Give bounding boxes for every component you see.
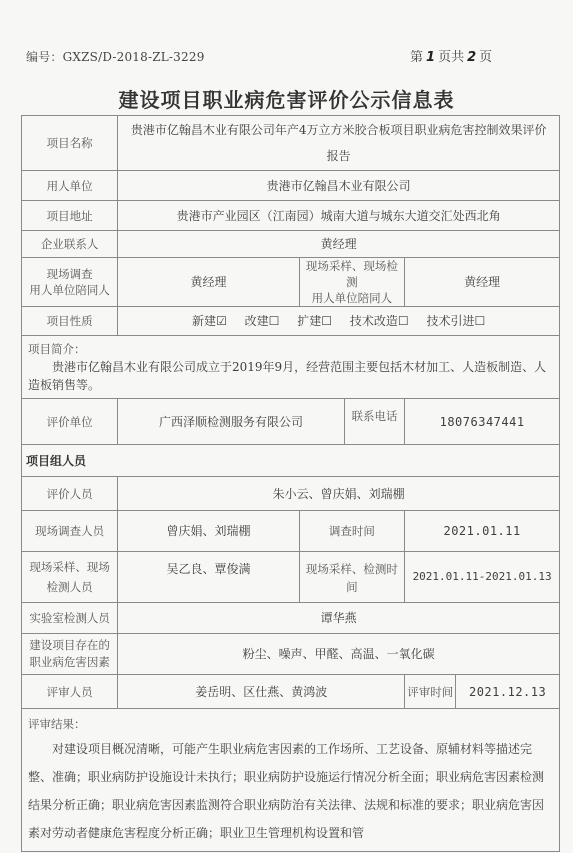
- survey-staff-value: 曾庆娟、刘瑞棚: [118, 511, 299, 552]
- page-suffix: 页: [479, 50, 492, 65]
- reviewers-value: 姜岳明、区仕燕、黄鸿波: [118, 675, 405, 709]
- intro-text: 贵港市亿翰昌木业有限公司成立于2019年9月，经营范围主要包括木材加工、人造板制…: [28, 358, 553, 394]
- row-lab-staff: 实验室检测人员 谭华燕: [22, 603, 560, 634]
- survey-escort-label: 现场调查 用人单位陪同人: [22, 258, 118, 307]
- employer-value: 贵港市亿翰昌木业有限公司: [118, 171, 560, 201]
- page-prefix: 第: [410, 50, 423, 65]
- survey-staff-label: 现场调查人员: [22, 511, 118, 552]
- survey-escort-label-line1: 现场调查: [26, 266, 113, 282]
- document-code: 编号：GXZS/D-2018-ZL-3229: [26, 48, 205, 65]
- checkbox-icon[interactable]: ☐: [269, 314, 280, 328]
- option-tech-import[interactable]: 技术引进☐: [426, 312, 485, 330]
- page-number: 第1页共2页: [410, 46, 492, 65]
- row-nature: 项目性质 新建☑ 改建☐ 扩建☐ 技术改造☐ 技术引进☐: [22, 307, 560, 336]
- eval-staff-value: 朱小云、曾庆娟、刘瑞棚: [118, 477, 560, 511]
- review-result-text: 对建设项目概况清晰，可能产生职业病危害因素的工作场所、工艺设备、原辅材料等描述完…: [28, 735, 553, 847]
- row-team-header: 项目组人员: [22, 445, 560, 477]
- checkbox-checked-icon[interactable]: ☑: [216, 314, 227, 328]
- row-review-result: 评审结果： 对建设项目概况清晰，可能产生职业病危害因素的工作场所、工艺设备、原辅…: [22, 709, 560, 852]
- sampling-escort-label-line2: 用人单位陪同人: [304, 290, 401, 306]
- sampling-escort-label: 现场采样、现场检测 用人单位陪同人: [299, 258, 405, 307]
- option-rebuild[interactable]: 改建☐: [245, 312, 280, 330]
- evaluator-value: 广西泽顺检测服务有限公司: [118, 399, 344, 445]
- checkbox-icon[interactable]: ☐: [398, 314, 409, 328]
- row-survey-escort: 现场调查 用人单位陪同人 黄经理 现场采样、现场检测 用人单位陪同人 黄经理: [22, 258, 560, 307]
- checkbox-icon[interactable]: ☐: [321, 314, 332, 328]
- employer-label: 用人单位: [22, 171, 118, 201]
- row-address: 项目地址 贵港市产业园区（江南园）城南大道与城东大道交汇处西北角: [22, 201, 560, 231]
- sampling-staff-label: 现场采样、现场检测人员: [22, 552, 118, 603]
- phone-value: 18076347441: [405, 399, 560, 445]
- sampling-time-value: 2021.01.11-2021.01.13: [405, 552, 560, 603]
- option-expand[interactable]: 扩建☐: [297, 312, 332, 330]
- nature-label: 项目性质: [22, 307, 118, 336]
- hazards-value: 粉尘、噪声、甲醛、高温、一氧化碳: [118, 634, 560, 675]
- review-result-label: 评审结果：: [28, 713, 553, 735]
- survey-escort-value: 黄经理: [118, 258, 299, 307]
- project-name-value: 贵港市亿翰昌木业有限公司年产4万立方米胶合板项目职业病危害控制效果评价报告: [118, 116, 560, 171]
- hazards-label-line1: 建设项目存在的: [26, 637, 113, 654]
- reviewers-label: 评审人员: [22, 675, 118, 709]
- review-time-label: 评审时间: [405, 675, 456, 709]
- info-table: 项目名称 贵港市亿翰昌木业有限公司年产4万立方米胶合板项目职业病危害控制效果评价…: [21, 115, 560, 852]
- survey-escort-label-line2: 用人单位陪同人: [26, 282, 113, 298]
- page-current: 1: [426, 50, 435, 65]
- team-header: 项目组人员: [22, 445, 560, 477]
- nature-options: 新建☑ 改建☐ 扩建☐ 技术改造☐ 技术引进☐: [118, 307, 560, 336]
- contact-value: 黄经理: [118, 231, 560, 258]
- sampling-escort-value: 黄经理: [405, 258, 560, 307]
- row-hazards: 建设项目存在的 职业病危害因素 粉尘、噪声、甲醛、高温、一氧化碳: [22, 634, 560, 675]
- address-label: 项目地址: [22, 201, 118, 231]
- row-survey-staff: 现场调查人员 曾庆娟、刘瑞棚 调查时间 2021.01.11: [22, 511, 560, 552]
- sampling-escort-label-line1: 现场采样、现场检测: [304, 258, 401, 290]
- sampling-staff-value: 吴乙良、覃俊满: [118, 552, 299, 603]
- project-name-label: 项目名称: [22, 116, 118, 171]
- page-title: 建设项目职业病危害评价公示信息表: [0, 84, 573, 113]
- row-sampling-staff: 现场采样、现场检测人员 吴乙良、覃俊满 现场采样、检测时间 2021.01.11…: [22, 552, 560, 603]
- row-evaluator: 评价单位 广西泽顺检测服务有限公司 联系电话 18076347441: [22, 399, 560, 445]
- row-employer: 用人单位 贵港市亿翰昌木业有限公司: [22, 171, 560, 201]
- page-total: 2: [467, 50, 476, 65]
- hazards-label: 建设项目存在的 职业病危害因素: [22, 634, 118, 675]
- survey-time-value: 2021.01.11: [405, 511, 560, 552]
- intro-label: 项目简介：: [28, 340, 553, 358]
- hazards-label-line2: 职业病危害因素: [26, 654, 113, 671]
- row-reviewers: 评审人员 姜岳明、区仕燕、黄鸿波 评审时间 2021.12.13: [22, 675, 560, 709]
- sampling-time-label: 现场采样、检测时间: [299, 552, 405, 603]
- eval-staff-label: 评价人员: [22, 477, 118, 511]
- contact-label: 企业联系人: [22, 231, 118, 258]
- row-project-name: 项目名称 贵港市亿翰昌木业有限公司年产4万立方米胶合板项目职业病危害控制效果评价…: [22, 116, 560, 171]
- address-value: 贵港市产业园区（江南园）城南大道与城东大道交汇处西北角: [118, 201, 560, 231]
- intro-cell: 项目简介： 贵港市亿翰昌木业有限公司成立于2019年9月，经营范围主要包括木材加…: [22, 336, 560, 399]
- row-eval-staff: 评价人员 朱小云、曾庆娟、刘瑞棚: [22, 477, 560, 511]
- survey-time-label: 调查时间: [299, 511, 405, 552]
- checkbox-icon[interactable]: ☐: [475, 314, 486, 328]
- row-intro: 项目简介： 贵港市亿翰昌木业有限公司成立于2019年9月，经营范围主要包括木材加…: [22, 336, 560, 399]
- review-result-cell: 评审结果： 对建设项目概况清晰，可能产生职业病危害因素的工作场所、工艺设备、原辅…: [22, 709, 560, 852]
- row-contact: 企业联系人 黄经理: [22, 231, 560, 258]
- page-mid: 页共: [438, 50, 464, 65]
- lab-staff-label: 实验室检测人员: [22, 603, 118, 634]
- phone-label: 联系电话: [344, 399, 404, 445]
- lab-staff-value: 谭华燕: [118, 603, 560, 634]
- option-tech-renovation[interactable]: 技术改造☐: [350, 312, 409, 330]
- option-new-build[interactable]: 新建☑: [192, 312, 227, 330]
- review-time-value: 2021.12.13: [456, 675, 560, 709]
- evaluator-label: 评价单位: [22, 399, 118, 445]
